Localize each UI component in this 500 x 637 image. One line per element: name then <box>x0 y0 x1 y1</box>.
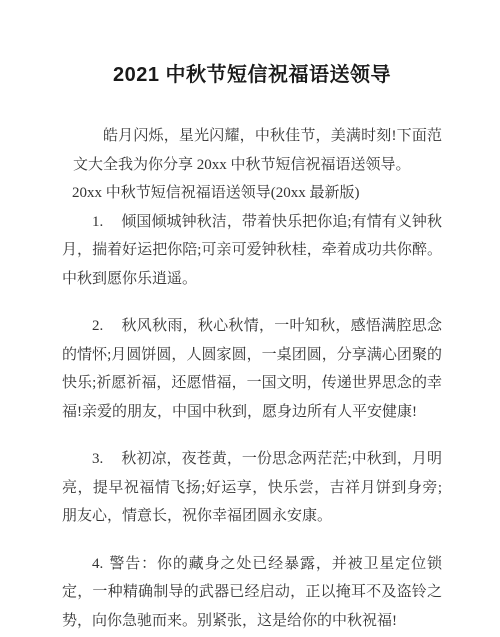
item-text-4: 警告：你的藏身之处已经暴露，并被卫星定位锁定，一种精确制导的武器已经启动，正以掩… <box>62 556 442 629</box>
document-page: 2021 中秋节短信祝福语送领导 皓月闪烁，星光闪耀，中秋佳节，美满时刻!下面范… <box>0 0 500 637</box>
blessing-item-1: 1.倾国倾城钟秋洁，带着快乐把你追;有情有义钟秋月，揣着好运把你陪;可亲可爱钟秋… <box>62 208 442 294</box>
item-number-3: 3. <box>92 451 103 467</box>
item-text-1: 倾国倾城钟秋洁，带着快乐把你追;有情有义钟秋月，揣着好运把你陪;可亲可爱钟秋桂，… <box>62 214 442 287</box>
item-number-2: 2. <box>92 318 103 334</box>
list-heading: 20xx 中秋节短信祝福语送领导(20xx 最新版) <box>62 179 442 208</box>
intro-paragraph: 皓月闪烁，星光闪耀，中秋佳节，美满时刻!下面范文大全我为你分享 20xx 中秋节… <box>62 122 442 179</box>
item-number-4: 4. <box>92 556 103 572</box>
blessing-item-2: 2.秋风秋雨，秋心秋情，一叶知秋，感悟满腔思念的情怀;月圆饼圆，人圆家圆，一桌团… <box>62 312 442 426</box>
item-text-2: 秋风秋雨，秋心秋情，一叶知秋，感悟满腔思念的情怀;月圆饼圆，人圆家圆，一桌团圆，… <box>62 318 442 420</box>
item-number-1: 1. <box>92 214 103 230</box>
item-text-3: 秋初凉，夜苍黄，一份思念两茫茫;中秋到，月明亮，提早祝福情飞扬;好运享，快乐尝，… <box>62 451 442 524</box>
blessing-item-3: 3.秋初凉，夜苍黄，一份思念两茫茫;中秋到，月明亮，提早祝福情飞扬;好运享，快乐… <box>62 445 442 531</box>
document-title: 2021 中秋节短信祝福语送领导 <box>62 60 442 90</box>
blessing-item-4: 4.警告：你的藏身之处已经暴露，并被卫星定位锁定，一种精确制导的武器已经启动，正… <box>62 550 442 636</box>
